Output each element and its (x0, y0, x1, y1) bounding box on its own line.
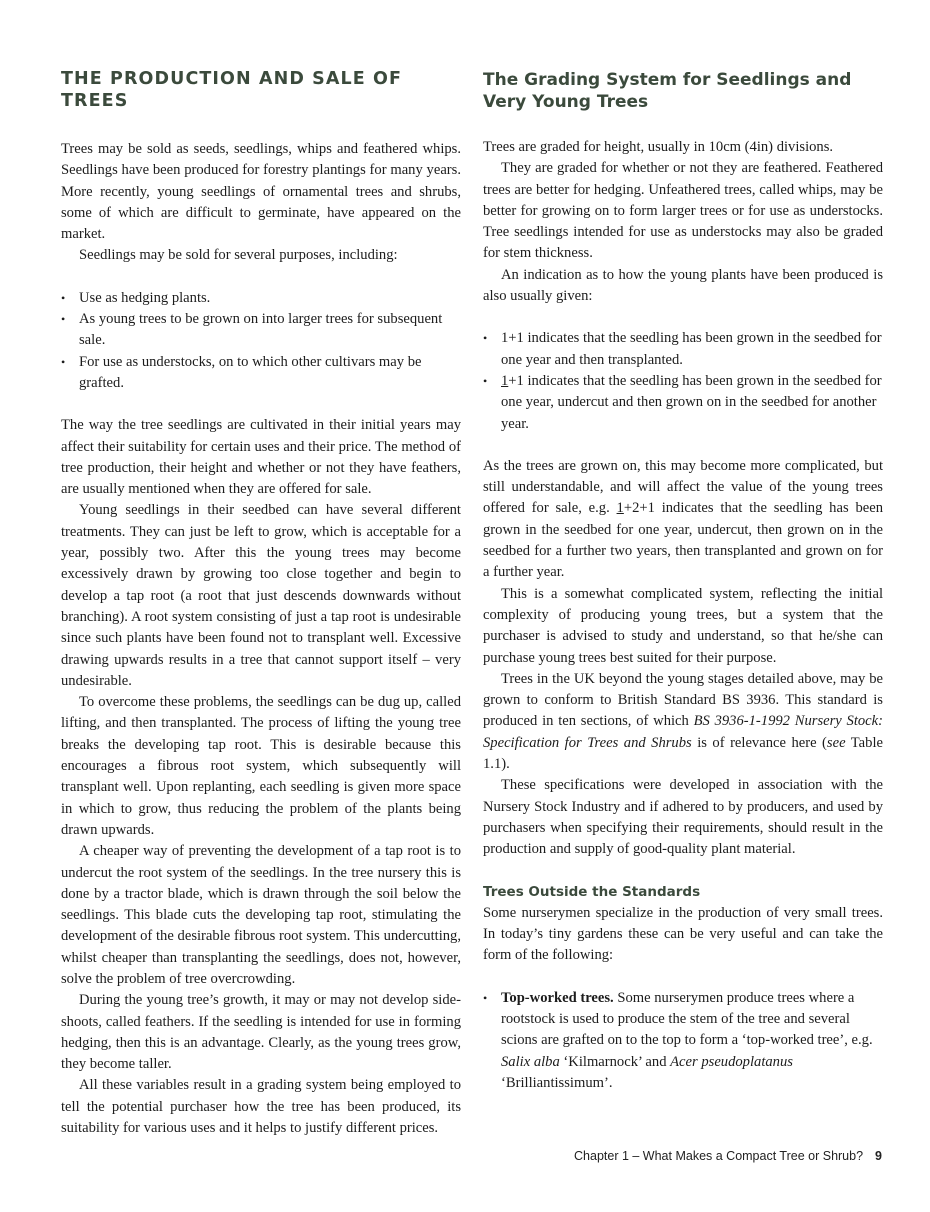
running-footer-chapter: Chapter 1 – What Makes a Compact Tree or… (574, 1149, 863, 1163)
paragraph: Trees are graded for height, usually in … (483, 137, 883, 158)
subsection-heading: Trees Outside the Standards (483, 882, 883, 903)
paragraph: An indication as to how the young plants… (483, 265, 883, 308)
paragraph: During the young tree’s growth, it may o… (61, 990, 461, 1075)
paragraph: Trees may be sold as seeds, seedlings, w… (61, 139, 461, 245)
left-column: THE PRODUCTION AND SALE OF TREES Trees m… (61, 64, 461, 1139)
list-item: For use as understocks, on to which othe… (61, 352, 461, 395)
paragraph: Some nurserymen specialize in the produc… (483, 903, 883, 967)
list-item: Use as hedging plants. (61, 288, 461, 309)
grading-code: 1+1 (501, 330, 524, 346)
paragraph: These specifications were developed in a… (483, 775, 883, 860)
book-page: THE PRODUCTION AND SALE OF TREES Trees m… (61, 64, 883, 1139)
purposes-list: Use as hedging plants. As young trees to… (61, 288, 461, 394)
grading-codes-list: 1+1 indicates that the seedling has been… (483, 328, 883, 434)
list-item: As young trees to be grown on into large… (61, 309, 461, 352)
paragraph: Seedlings may be sold for several purpos… (61, 245, 461, 266)
paragraph: As the trees are grown on, this may beco… (483, 456, 883, 584)
paragraph: All these variables result in a grading … (61, 1075, 461, 1139)
list-item: 1+1 indicates that the seedling has been… (483, 328, 883, 371)
paragraph: To overcome these problems, the seedling… (61, 692, 461, 841)
paragraph: Young seedlings in their seedbed can hav… (61, 500, 461, 692)
page-footer: Chapter 1 – What Makes a Compact Tree or… (574, 1149, 882, 1163)
paragraph: They are graded for whether or not they … (483, 158, 883, 264)
right-column: The Grading System for Seedlings and Ver… (483, 64, 883, 1139)
paragraph: Trees in the UK beyond the young stages … (483, 669, 883, 775)
list-item: Top-worked trees. Some nurserymen produc… (483, 988, 883, 1094)
page-number: 9 (875, 1149, 882, 1163)
paragraph: This is a somewhat complicated system, r… (483, 584, 883, 669)
list-item: 1+1 indicates that the seedling has been… (483, 371, 883, 435)
grading-code: +1 (508, 373, 524, 389)
paragraph: The way the tree seedlings are cultivate… (61, 415, 461, 500)
small-trees-list: Top-worked trees. Some nurserymen produc… (483, 988, 883, 1094)
section-heading: THE PRODUCTION AND SALE OF TREES (61, 68, 461, 112)
section-heading: The Grading System for Seedlings and Ver… (483, 69, 883, 113)
paragraph: A cheaper way of preventing the developm… (61, 841, 461, 990)
